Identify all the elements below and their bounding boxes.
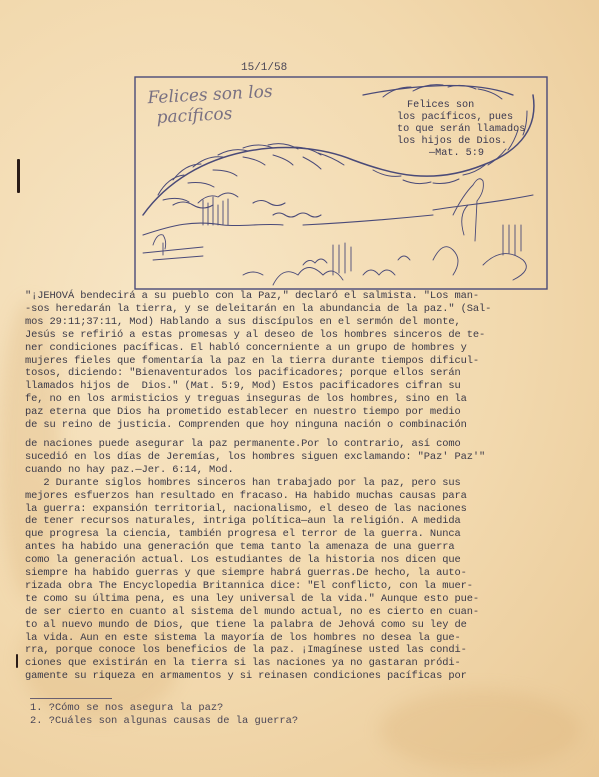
footnote-divider — [30, 698, 112, 699]
text-line: que progresa la ciencia, también progres… — [25, 528, 585, 541]
text-line: de su reino de justicia. Comprenden que … — [25, 419, 585, 432]
scripture-quote: Felices son los pacíficos, pues to que s… — [397, 100, 547, 160]
study-question: 2. ?Cuáles son algunas causas de la guer… — [30, 715, 298, 728]
text-line: 2 Durante siglos hombres sinceros han tr… — [25, 477, 585, 490]
text-line: ner condiciones pacíficas. El habló conc… — [25, 342, 585, 355]
document-date: 15/1/58 — [241, 62, 287, 74]
text-line: sucedió en los días de Jeremías, los hom… — [25, 451, 585, 464]
text-line: la guerra: expansión territorial, nacion… — [25, 503, 585, 516]
text-line: de naciones puede asegurar la paz perman… — [25, 438, 585, 451]
quote-line: los pacíficos, pues — [397, 112, 547, 124]
text-line: to al nuevo mundo de Dios, que tiene la … — [25, 619, 585, 632]
text-line: mejores esfuerzos han resultado en fraca… — [25, 490, 585, 503]
quote-line: los hijos de Dios. — [397, 136, 547, 148]
text-line: la vida. Aun en este sistema la mayoría … — [25, 632, 585, 645]
study-questions: 1. ?Cómo se nos asegura la paz? 2. ?Cuál… — [30, 702, 298, 728]
text-line: ciones que existirán en la tierra si las… — [25, 657, 585, 670]
text-line: tosos, diciendo: "Bienaventurados los pa… — [25, 367, 585, 380]
banner-title: Felices son los pacíficos — [147, 82, 274, 128]
text-line: -sos heredarán la tierra, y se deleitará… — [25, 303, 585, 316]
text-line: "¡JEHOVÁ bendecirá a su pueblo con la Pa… — [25, 290, 585, 303]
quote-reference: —Mat. 5:9 — [397, 148, 547, 160]
text-line: mujeres fieles que fomentaría la paz en … — [25, 355, 585, 368]
text-line: rra, porque conoce los beneficios de la … — [25, 644, 585, 657]
text-line: fe, no en los armisticios y treguas inse… — [25, 393, 585, 406]
study-question: 1. ?Cómo se nos asegura la paz? — [30, 702, 298, 715]
quote-line: Felices son — [397, 100, 547, 112]
quote-line: to que serán llamados — [397, 124, 547, 136]
text-line: paz eterna que Dios ha prometido estable… — [25, 406, 585, 419]
paper-stain — [380, 690, 580, 770]
text-line: siempre ha habido guerras y que siempre … — [25, 567, 585, 580]
text-line: como la generación actual. Los estudiant… — [25, 554, 585, 567]
text-line: te como su última pena, es una ley unive… — [25, 593, 585, 606]
text-line: de ser cierto en cuanto al sistema del m… — [25, 606, 585, 619]
text-line: rizada obra The Encyclopedia Britannica … — [25, 580, 585, 593]
text-line: antes ha habido una generación que tema … — [25, 541, 585, 554]
text-line: Jesús se refirió a estas promesas y al d… — [25, 329, 585, 342]
text-line: mos 29:11;37:11, Mod) Hablando a sus dis… — [25, 316, 585, 329]
text-line: cuando no hay paz.—Jer. 6:14, Mod. — [25, 464, 585, 477]
edge-ink-mark — [17, 159, 20, 193]
text-line: llamados hijos de Dios." (Mat. 5:9, Mod)… — [25, 380, 585, 393]
edge-ink-mark — [16, 654, 18, 668]
body-text: "¡JEHOVÁ bendecirá a su pueblo con la Pa… — [25, 290, 585, 683]
text-line: gamente su riqueza en armamentos y si re… — [25, 670, 585, 683]
text-line: de tener recursos naturales, intriga pol… — [25, 515, 585, 528]
